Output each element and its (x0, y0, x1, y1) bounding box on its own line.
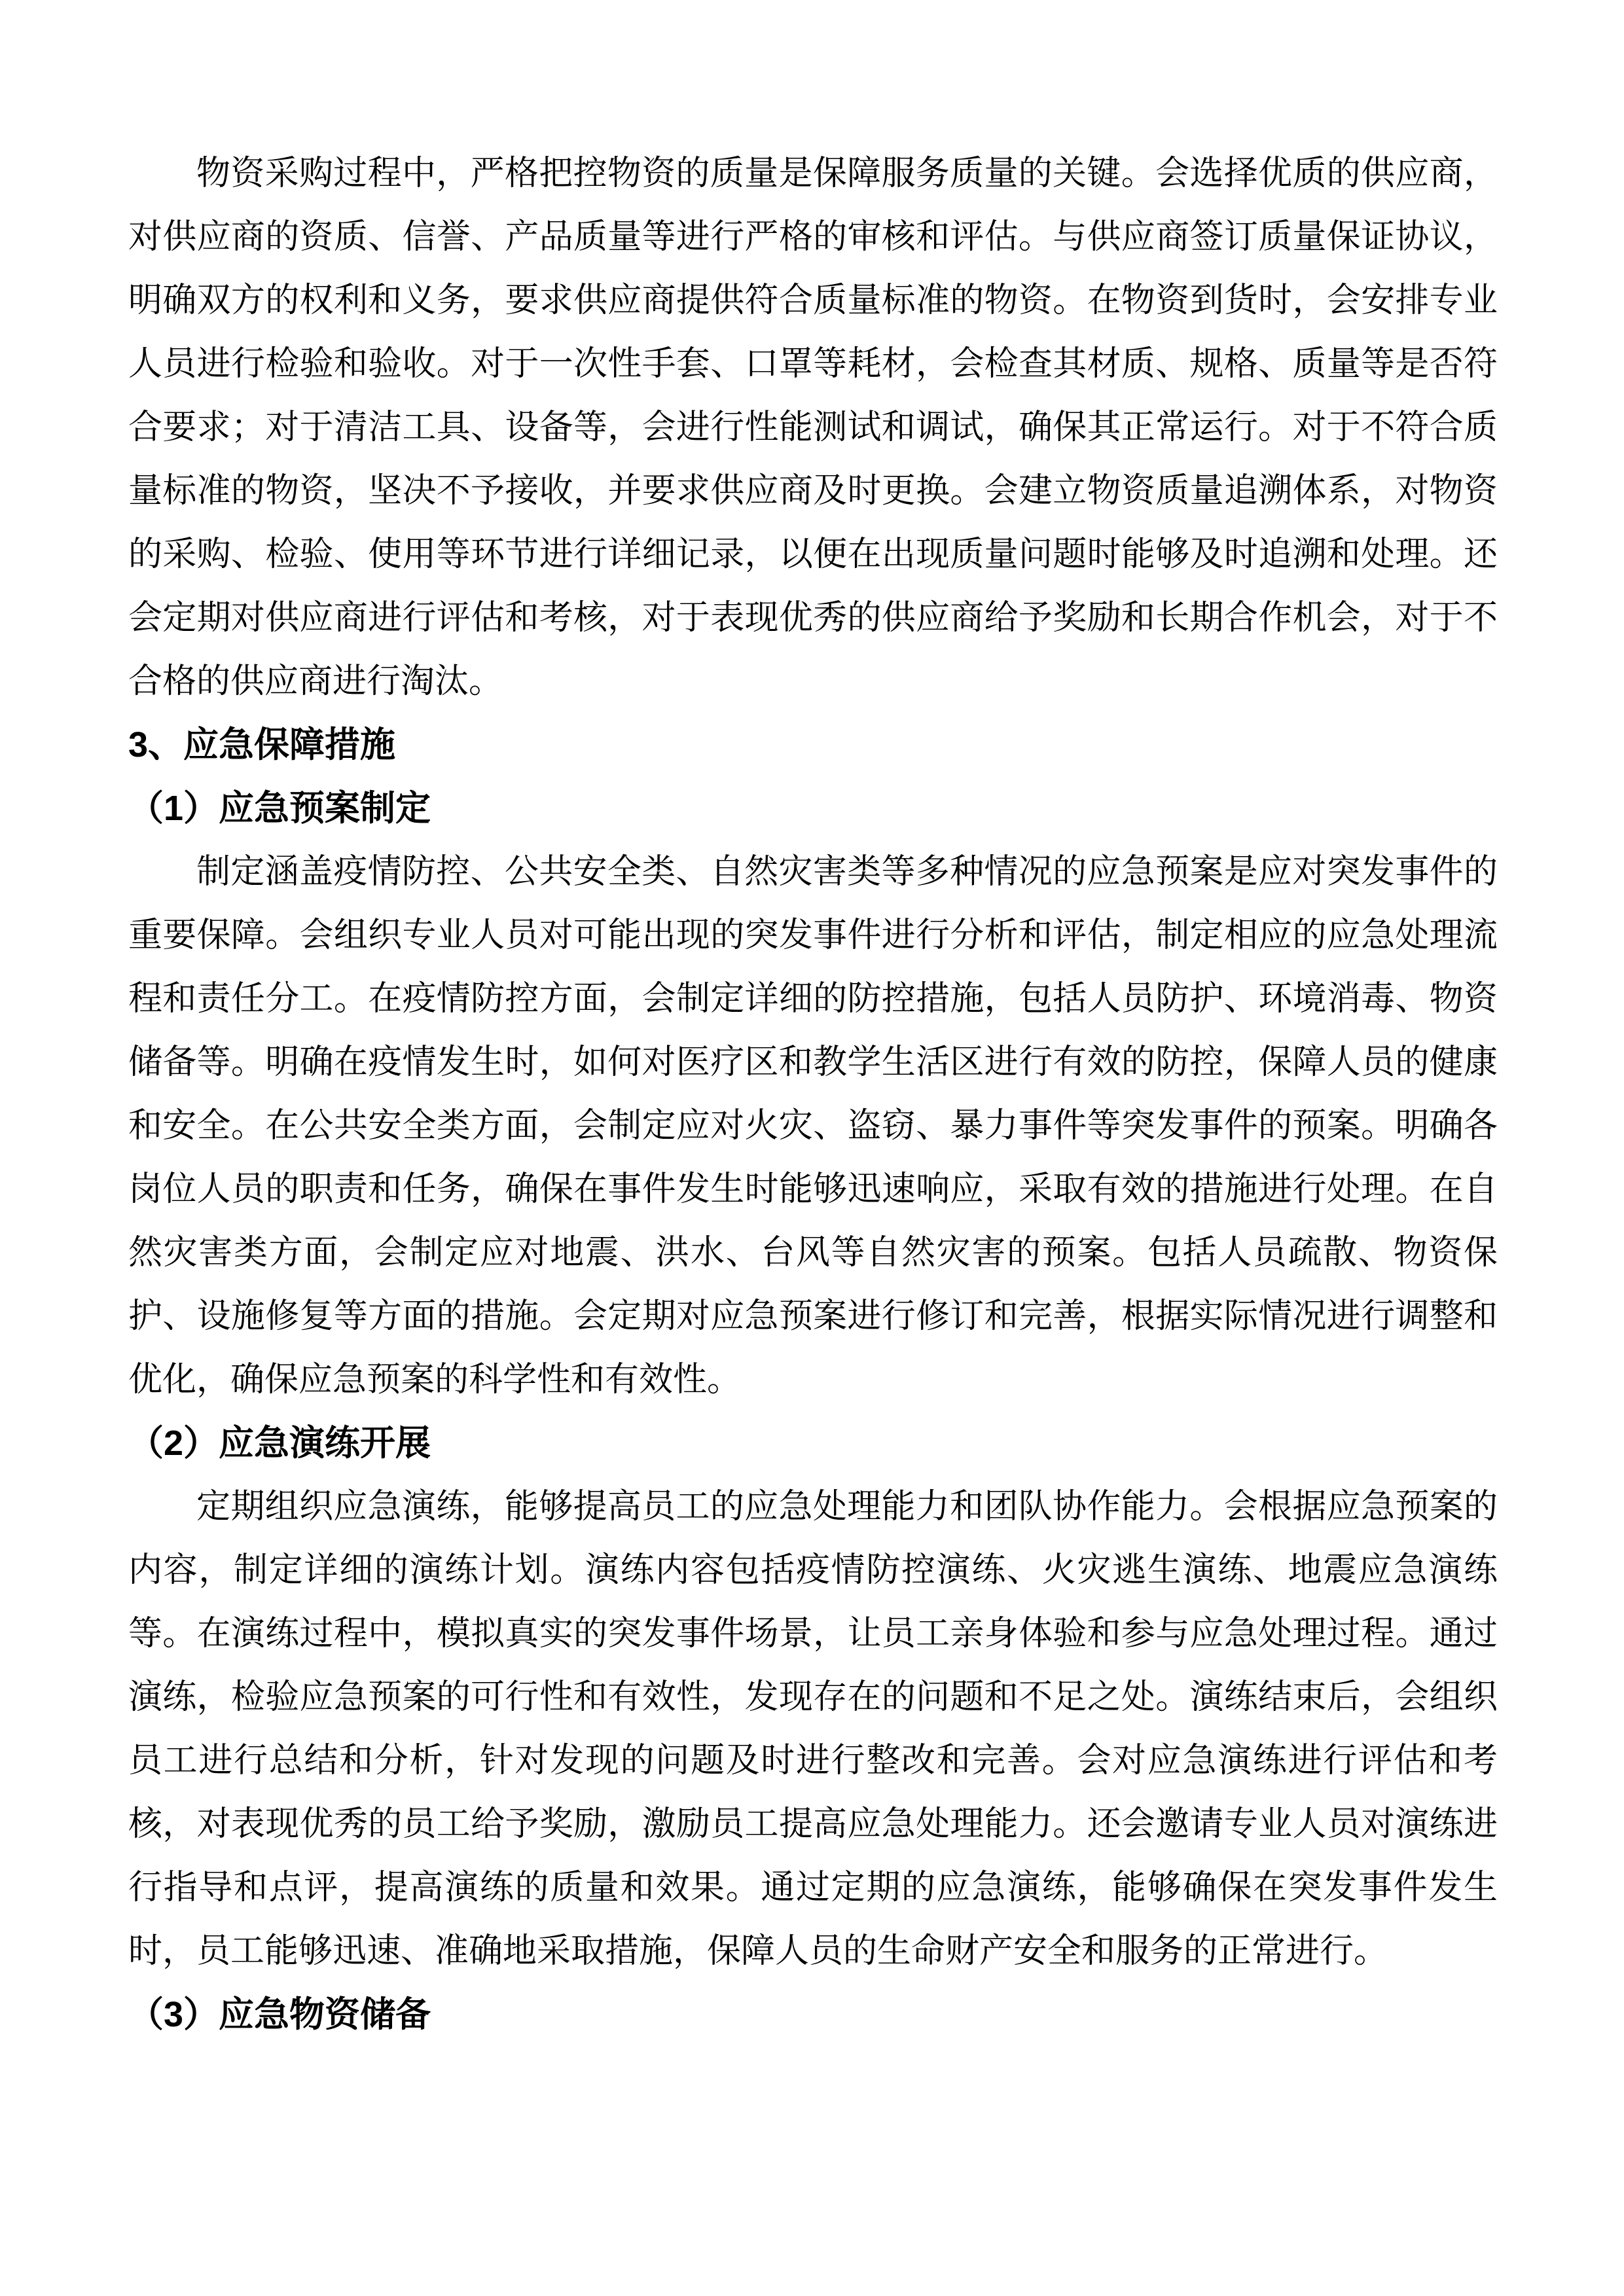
heading-sub-2-emergency-drill-implementation: （2）应急演练开展 (128, 1412, 1498, 1475)
paragraph-procurement-quality-control: 物资采购过程中，严格把控物资的质量是保障服务质量的关键。会选择优质的供应商，对供… (128, 142, 1498, 713)
paragraph-emergency-plan-formulation: 制定涵盖疫情防控、公共安全类、自然灾害类等多种情况的应急预案是应对突发事件的重要… (128, 840, 1498, 1412)
heading-section-3-emergency-support-measures: 3、应急保障措施 (128, 713, 1498, 777)
heading-sub-3-emergency-supplies-reserve: （3）应急物资储备 (128, 1983, 1498, 2047)
document-page: 物资采购过程中，严格把控物资的质量是保障服务质量的关键。会选择优质的供应商，对供… (0, 0, 1624, 2296)
heading-sub-1-emergency-plan-formulation: （1）应急预案制定 (128, 777, 1498, 840)
paragraph-emergency-drill-implementation: 定期组织应急演练，能够提高员工的应急处理能力和团队协作能力。会根据应急预案的内容… (128, 1475, 1498, 1983)
document-content: 物资采购过程中，严格把控物资的质量是保障服务质量的关键。会选择优质的供应商，对供… (128, 142, 1498, 2047)
